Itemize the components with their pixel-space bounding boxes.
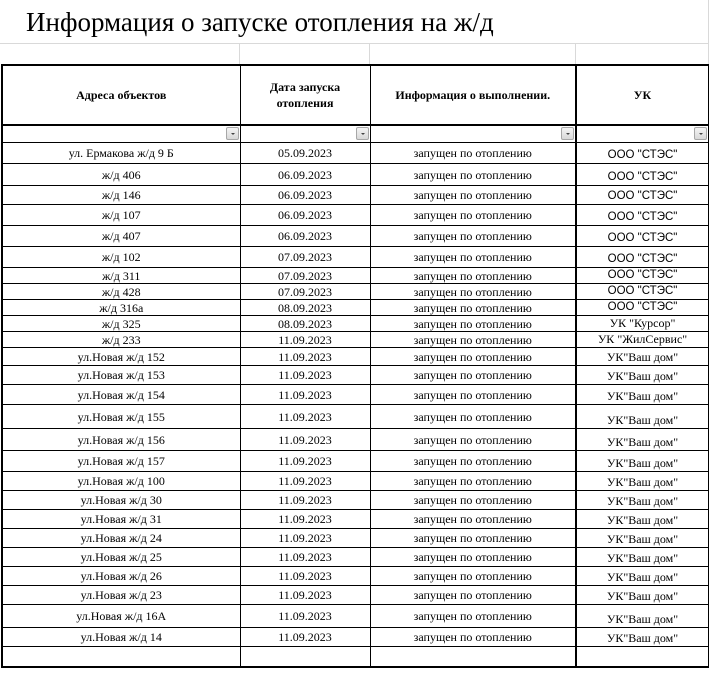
info-cell[interactable]: запущен по отоплению <box>370 567 576 586</box>
info-cell[interactable]: запущен по отоплению <box>370 451 576 472</box>
sheet-title[interactable]: Информация о запуске отопления на ж/д <box>26 4 494 40</box>
uk-cell[interactable]: УК "Курсор" <box>576 316 709 332</box>
uk-cell[interactable]: УК"Ваш дом" <box>576 605 709 628</box>
info-cell[interactable]: запущен по отоплению <box>370 628 576 647</box>
table-row: ул.Новая ж/д 15411.09.2023запущен по ото… <box>2 385 709 405</box>
uk-cell[interactable]: УК"Ваш дом" <box>576 451 709 472</box>
info-cell[interactable]: запущен по отоплению <box>370 300 576 316</box>
info-cell[interactable]: запущен по отоплению <box>370 348 576 366</box>
uk-cell[interactable]: ООО "СТЭС" <box>576 186 709 205</box>
date-cell[interactable]: 05.09.2023 <box>240 143 370 164</box>
gridline <box>575 43 576 64</box>
uk-cell[interactable]: ООО "СТЭС" <box>576 205 709 226</box>
uk-cell[interactable]: УК"Ваш дом" <box>576 405 709 429</box>
info-cell[interactable]: запущен по отоплению <box>370 268 576 284</box>
table-row: ул.Новая ж/д 2611.09.2023запущен по отоп… <box>2 567 709 586</box>
date-cell[interactable]: 06.09.2023 <box>240 186 370 205</box>
address-cell[interactable]: ул.Новая ж/д 157 <box>2 451 240 472</box>
info-cell[interactable]: запущен по отоплению <box>370 529 576 548</box>
date-cell[interactable]: 11.09.2023 <box>240 472 370 491</box>
address-cell[interactable]: ж/д 325 <box>2 316 240 332</box>
info-cell[interactable]: запущен по отоплению <box>370 332 576 348</box>
uk-cell[interactable]: УК"Ваш дом" <box>576 529 709 548</box>
uk-cell[interactable]: ООО "СТЭС" <box>576 164 709 186</box>
uk-cell[interactable]: УК"Ваш дом" <box>576 472 709 491</box>
info-cell[interactable]: запущен по отоплению <box>370 605 576 628</box>
uk-cell[interactable]: ООО "СТЭС" <box>576 247 709 268</box>
address-cell[interactable]: ул.Новая ж/д 26 <box>2 567 240 586</box>
gridline <box>0 43 709 44</box>
date-cell[interactable]: 11.09.2023 <box>240 605 370 628</box>
uk-cell[interactable]: УК "ЖилСервис" <box>576 332 709 348</box>
address-cell[interactable]: ул.Новая ж/д 30 <box>2 491 240 510</box>
table-row: ул.Новая ж/д 2511.09.2023запущен по отоп… <box>2 548 709 567</box>
uk-cell[interactable]: УК"Ваш дом" <box>576 366 709 385</box>
table-row: ул.Новая ж/д 3011.09.2023запущен по отоп… <box>2 491 709 510</box>
uk-cell[interactable] <box>576 647 709 668</box>
address-cell[interactable]: ж/д 406 <box>2 164 240 186</box>
date-cell[interactable]: 11.09.2023 <box>240 567 370 586</box>
address-cell[interactable]: ж/д 102 <box>2 247 240 268</box>
date-cell[interactable]: 07.09.2023 <box>240 284 370 300</box>
date-cell[interactable]: 11.09.2023 <box>240 429 370 451</box>
table-row: ж/д 14606.09.2023запущен по отоплениюООО… <box>2 186 709 205</box>
address-cell[interactable]: ж/д 107 <box>2 205 240 226</box>
info-cell[interactable] <box>370 647 576 668</box>
table-row: ул.Новая ж/д 15211.09.2023запущен по ото… <box>2 348 709 366</box>
address-cell[interactable]: ж/д 428 <box>2 284 240 300</box>
info-cell[interactable]: запущен по отоплению <box>370 586 576 605</box>
table-row: ул.Новая ж/д 3111.09.2023запущен по отоп… <box>2 510 709 529</box>
filter-cell-address[interactable] <box>2 125 240 143</box>
info-cell[interactable]: запущен по отоплению <box>370 491 576 510</box>
address-cell[interactable] <box>2 647 240 668</box>
filter-cell-uk[interactable] <box>576 125 709 143</box>
table-row: ж/д 10207.09.2023запущен по отоплениюООО… <box>2 247 709 268</box>
address-cell[interactable]: ул.Новая ж/д 14 <box>2 628 240 647</box>
dropdown-arrow-icon[interactable] <box>226 127 239 140</box>
info-cell[interactable]: запущен по отоплению <box>370 366 576 385</box>
uk-cell[interactable]: ООО "СТЭС" <box>576 300 709 316</box>
address-cell[interactable]: ул.Новая ж/д 24 <box>2 529 240 548</box>
address-cell[interactable]: ул.Новая ж/д 155 <box>2 405 240 429</box>
table-row: ж/д 40606.09.2023запущен по отоплениюООО… <box>2 164 709 186</box>
date-cell[interactable]: 08.09.2023 <box>240 316 370 332</box>
filter-cell-info[interactable] <box>370 125 576 143</box>
table-row: ул. Ермакова ж/д 9 Б05.09.2023запущен по… <box>2 143 709 164</box>
table-row: ж/д 316а08.09.2023запущен по отоплениюОО… <box>2 300 709 316</box>
heating-table: Адреса объектов Дата запуска отопления И… <box>1 64 709 668</box>
table-row: ж/д 31107.09.2023запущен по отоплениюООО… <box>2 268 709 284</box>
gridline <box>239 43 240 64</box>
header-address[interactable]: Адреса объектов <box>2 65 240 125</box>
date-cell[interactable]: 11.09.2023 <box>240 491 370 510</box>
uk-cell[interactable]: ООО "СТЭС" <box>576 284 709 300</box>
address-cell[interactable]: ул.Новая ж/д 154 <box>2 385 240 405</box>
uk-cell[interactable]: УК"Ваш дом" <box>576 385 709 405</box>
info-cell[interactable]: запущен по отоплению <box>370 186 576 205</box>
header-date[interactable]: Дата запуска отопления <box>240 65 370 125</box>
info-cell[interactable]: запущен по отоплению <box>370 164 576 186</box>
uk-cell[interactable]: УК"Ваш дом" <box>576 628 709 647</box>
date-cell[interactable]: 11.09.2023 <box>240 405 370 429</box>
table-row: ул.Новая ж/д 15511.09.2023запущен по ото… <box>2 405 709 429</box>
address-cell[interactable]: ул.Новая ж/д 152 <box>2 348 240 366</box>
date-cell[interactable]: 11.09.2023 <box>240 510 370 529</box>
date-cell[interactable]: 08.09.2023 <box>240 300 370 316</box>
info-cell[interactable]: запущен по отоплению <box>370 548 576 567</box>
uk-cell[interactable]: УК"Ваш дом" <box>576 548 709 567</box>
table-row: ул.Новая ж/д 15311.09.2023запущен по ото… <box>2 366 709 385</box>
table-row: ул.Новая ж/д 2311.09.2023запущен по отоп… <box>2 586 709 605</box>
date-cell[interactable]: 11.09.2023 <box>240 586 370 605</box>
table-row: ж/д 23311.09.2023запущен по отоплениюУК … <box>2 332 709 348</box>
date-cell[interactable]: 11.09.2023 <box>240 529 370 548</box>
table-row: ж/д 40706.09.2023запущен по отоплениюООО… <box>2 226 709 247</box>
gridline <box>369 43 370 64</box>
uk-cell[interactable]: УК"Ваш дом" <box>576 586 709 605</box>
table-row: ж/д 32508.09.2023запущен по отоплениюУК … <box>2 316 709 332</box>
table-row: ул.Новая ж/д 10011.09.2023запущен по ото… <box>2 472 709 491</box>
date-cell[interactable]: 11.09.2023 <box>240 332 370 348</box>
info-cell[interactable]: запущен по отоплению <box>370 385 576 405</box>
filter-cell-date[interactable] <box>240 125 370 143</box>
date-cell[interactable]: 07.09.2023 <box>240 268 370 284</box>
address-cell[interactable]: ул.Новая ж/д 100 <box>2 472 240 491</box>
address-cell[interactable]: ул.Новая ж/д 156 <box>2 429 240 451</box>
table-row: ул.Новая ж/д 15611.09.2023запущен по ото… <box>2 429 709 451</box>
table-row: ул.Новая ж/д 2411.09.2023запущен по отоп… <box>2 529 709 548</box>
empty-row <box>2 647 709 668</box>
uk-cell[interactable]: УК"Ваш дом" <box>576 510 709 529</box>
uk-cell[interactable]: ООО "СТЭС" <box>576 226 709 247</box>
date-cell[interactable]: 11.09.2023 <box>240 366 370 385</box>
uk-cell[interactable]: ООО "СТЭС" <box>576 268 709 284</box>
address-cell[interactable]: ж/д 316а <box>2 300 240 316</box>
uk-cell[interactable]: УК"Ваш дом" <box>576 491 709 510</box>
table-row: ж/д 42807.09.2023запущен по отоплениюООО… <box>2 284 709 300</box>
info-cell[interactable]: запущен по отоплению <box>370 429 576 451</box>
date-cell[interactable]: 11.09.2023 <box>240 548 370 567</box>
dropdown-arrow-icon[interactable] <box>694 127 707 140</box>
table-row: ул.Новая ж/д 16А11.09.2023запущен по ото… <box>2 605 709 628</box>
info-cell[interactable]: запущен по отоплению <box>370 472 576 491</box>
table-row: ул.Новая ж/д 15711.09.2023запущен по ото… <box>2 451 709 472</box>
info-cell[interactable]: запущен по отоплению <box>370 226 576 247</box>
date-cell[interactable]: 06.09.2023 <box>240 164 370 186</box>
uk-cell[interactable]: УК"Ваш дом" <box>576 429 709 451</box>
info-cell[interactable]: запущен по отоплению <box>370 316 576 332</box>
info-cell[interactable]: запущен по отоплению <box>370 284 576 300</box>
uk-cell[interactable]: УК"Ваш дом" <box>576 348 709 366</box>
address-cell[interactable]: ул.Новая ж/д 31 <box>2 510 240 529</box>
address-cell[interactable]: ул.Новая ж/д 23 <box>2 586 240 605</box>
date-cell[interactable]: 07.09.2023 <box>240 247 370 268</box>
address-cell[interactable]: ул.Новая ж/д 25 <box>2 548 240 567</box>
uk-cell[interactable]: УК"Ваш дом" <box>576 567 709 586</box>
header-info[interactable]: Информация о выполнении. <box>370 65 576 125</box>
table-row: ул.Новая ж/д 1411.09.2023запущен по отоп… <box>2 628 709 647</box>
address-cell[interactable]: ул.Новая ж/д 153 <box>2 366 240 385</box>
header-uk[interactable]: УК <box>576 65 709 125</box>
date-cell[interactable]: 06.09.2023 <box>240 205 370 226</box>
table-row: ж/д 10706.09.2023запущен по отоплениюООО… <box>2 205 709 226</box>
date-cell[interactable]: 11.09.2023 <box>240 348 370 366</box>
date-cell[interactable] <box>240 647 370 668</box>
date-cell[interactable]: 11.09.2023 <box>240 628 370 647</box>
date-cell[interactable]: 11.09.2023 <box>240 385 370 405</box>
dropdown-arrow-icon[interactable] <box>561 127 574 140</box>
dropdown-arrow-icon[interactable] <box>356 127 369 140</box>
filter-row <box>2 125 709 143</box>
address-cell[interactable]: ж/д 311 <box>2 268 240 284</box>
date-cell[interactable]: 11.09.2023 <box>240 451 370 472</box>
address-cell[interactable]: ж/д 233 <box>2 332 240 348</box>
info-cell[interactable]: запущен по отоплению <box>370 510 576 529</box>
header-row: Адреса объектов Дата запуска отопления И… <box>2 65 709 125</box>
info-cell[interactable]: запущен по отоплению <box>370 405 576 429</box>
address-cell[interactable]: ж/д 146 <box>2 186 240 205</box>
address-cell[interactable]: ул. Ермакова ж/д 9 Б <box>2 143 240 164</box>
date-cell[interactable]: 06.09.2023 <box>240 226 370 247</box>
uk-cell[interactable]: ООО "СТЭС" <box>576 143 709 164</box>
info-cell[interactable]: запущен по отоплению <box>370 205 576 226</box>
address-cell[interactable]: ж/д 407 <box>2 226 240 247</box>
info-cell[interactable]: запущен по отоплению <box>370 247 576 268</box>
address-cell[interactable]: ул.Новая ж/д 16А <box>2 605 240 628</box>
info-cell[interactable]: запущен по отоплению <box>370 143 576 164</box>
